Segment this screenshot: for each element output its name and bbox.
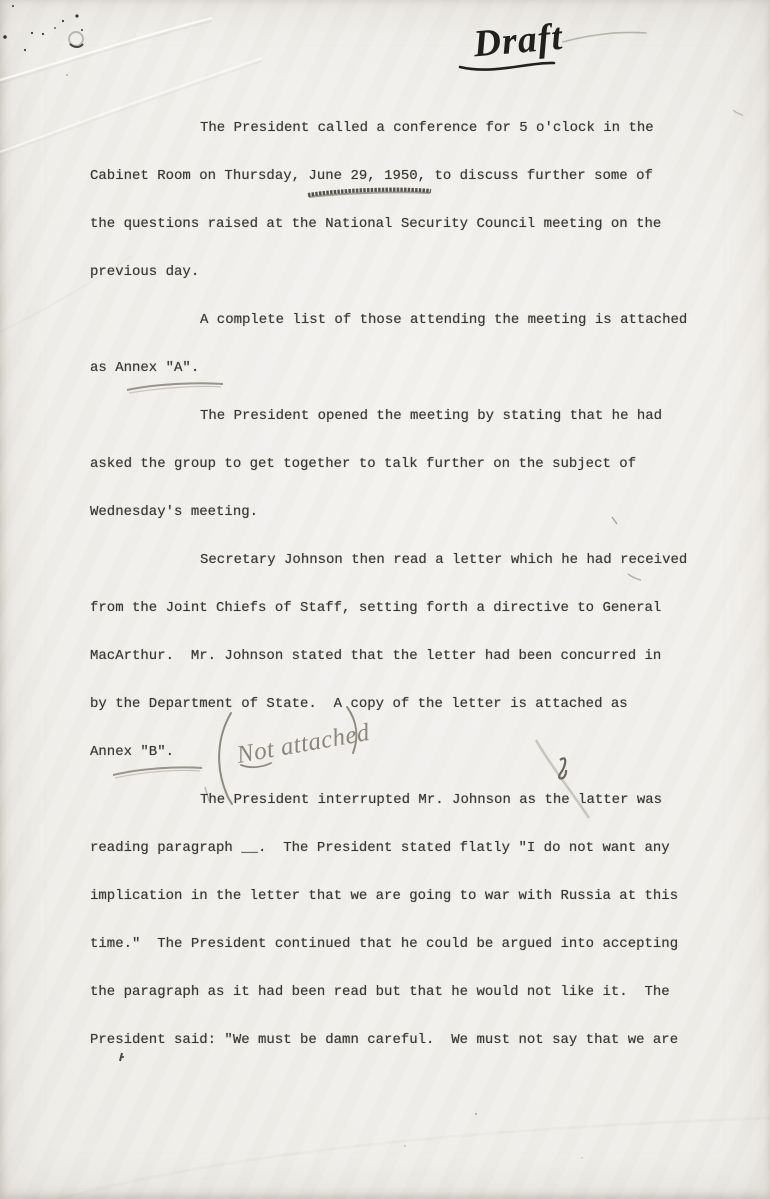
typed-line: previous day. <box>90 248 710 296</box>
draft-handwriting: Draft <box>448 6 668 84</box>
typed-line: MacArthur. Mr. Johnson stated that the l… <box>90 632 710 680</box>
typed-line: A complete list of those attending the m… <box>90 296 710 344</box>
memo-body: The President called a conference for 5 … <box>90 104 710 1064</box>
typed-line: Wednesday's meeting. <box>90 488 710 536</box>
typed-line: Cabinet Room on Thursday, June 29, 1950,… <box>90 152 710 200</box>
typed-line: by the Department of State. A copy of th… <box>90 680 710 728</box>
typed-line: Annex "B". <box>90 728 710 776</box>
draft-pencil-dash <box>563 32 646 42</box>
paper-stain <box>69 32 83 46</box>
typed-line: time." The President continued that he c… <box>90 920 710 968</box>
typed-line: Secretary Johnson then read a letter whi… <box>90 536 710 584</box>
document-page: Draft Not attached The President called … <box>0 0 770 1199</box>
typed-line: President said: "We must be damn careful… <box>90 1016 710 1064</box>
typed-line: The President interrupted Mr. Johnson as… <box>90 776 710 824</box>
typed-line: the paragraph as it had been read but th… <box>90 968 710 1016</box>
draft-underline <box>460 63 554 70</box>
typed-line: reading paragraph __. The President stat… <box>90 824 710 872</box>
typed-line: as Annex "A". <box>90 344 710 392</box>
typed-line: The President opened the meeting by stat… <box>90 392 710 440</box>
typed-line: asked the group to get together to talk … <box>90 440 710 488</box>
typed-line: the questions raised at the National Sec… <box>90 200 710 248</box>
typed-line: from the Joint Chiefs of Staff, setting … <box>90 584 710 632</box>
typed-line: The President called a conference for 5 … <box>90 104 710 152</box>
typed-line: implication in the letter that we are go… <box>90 872 710 920</box>
draft-label: Draft <box>471 16 565 66</box>
